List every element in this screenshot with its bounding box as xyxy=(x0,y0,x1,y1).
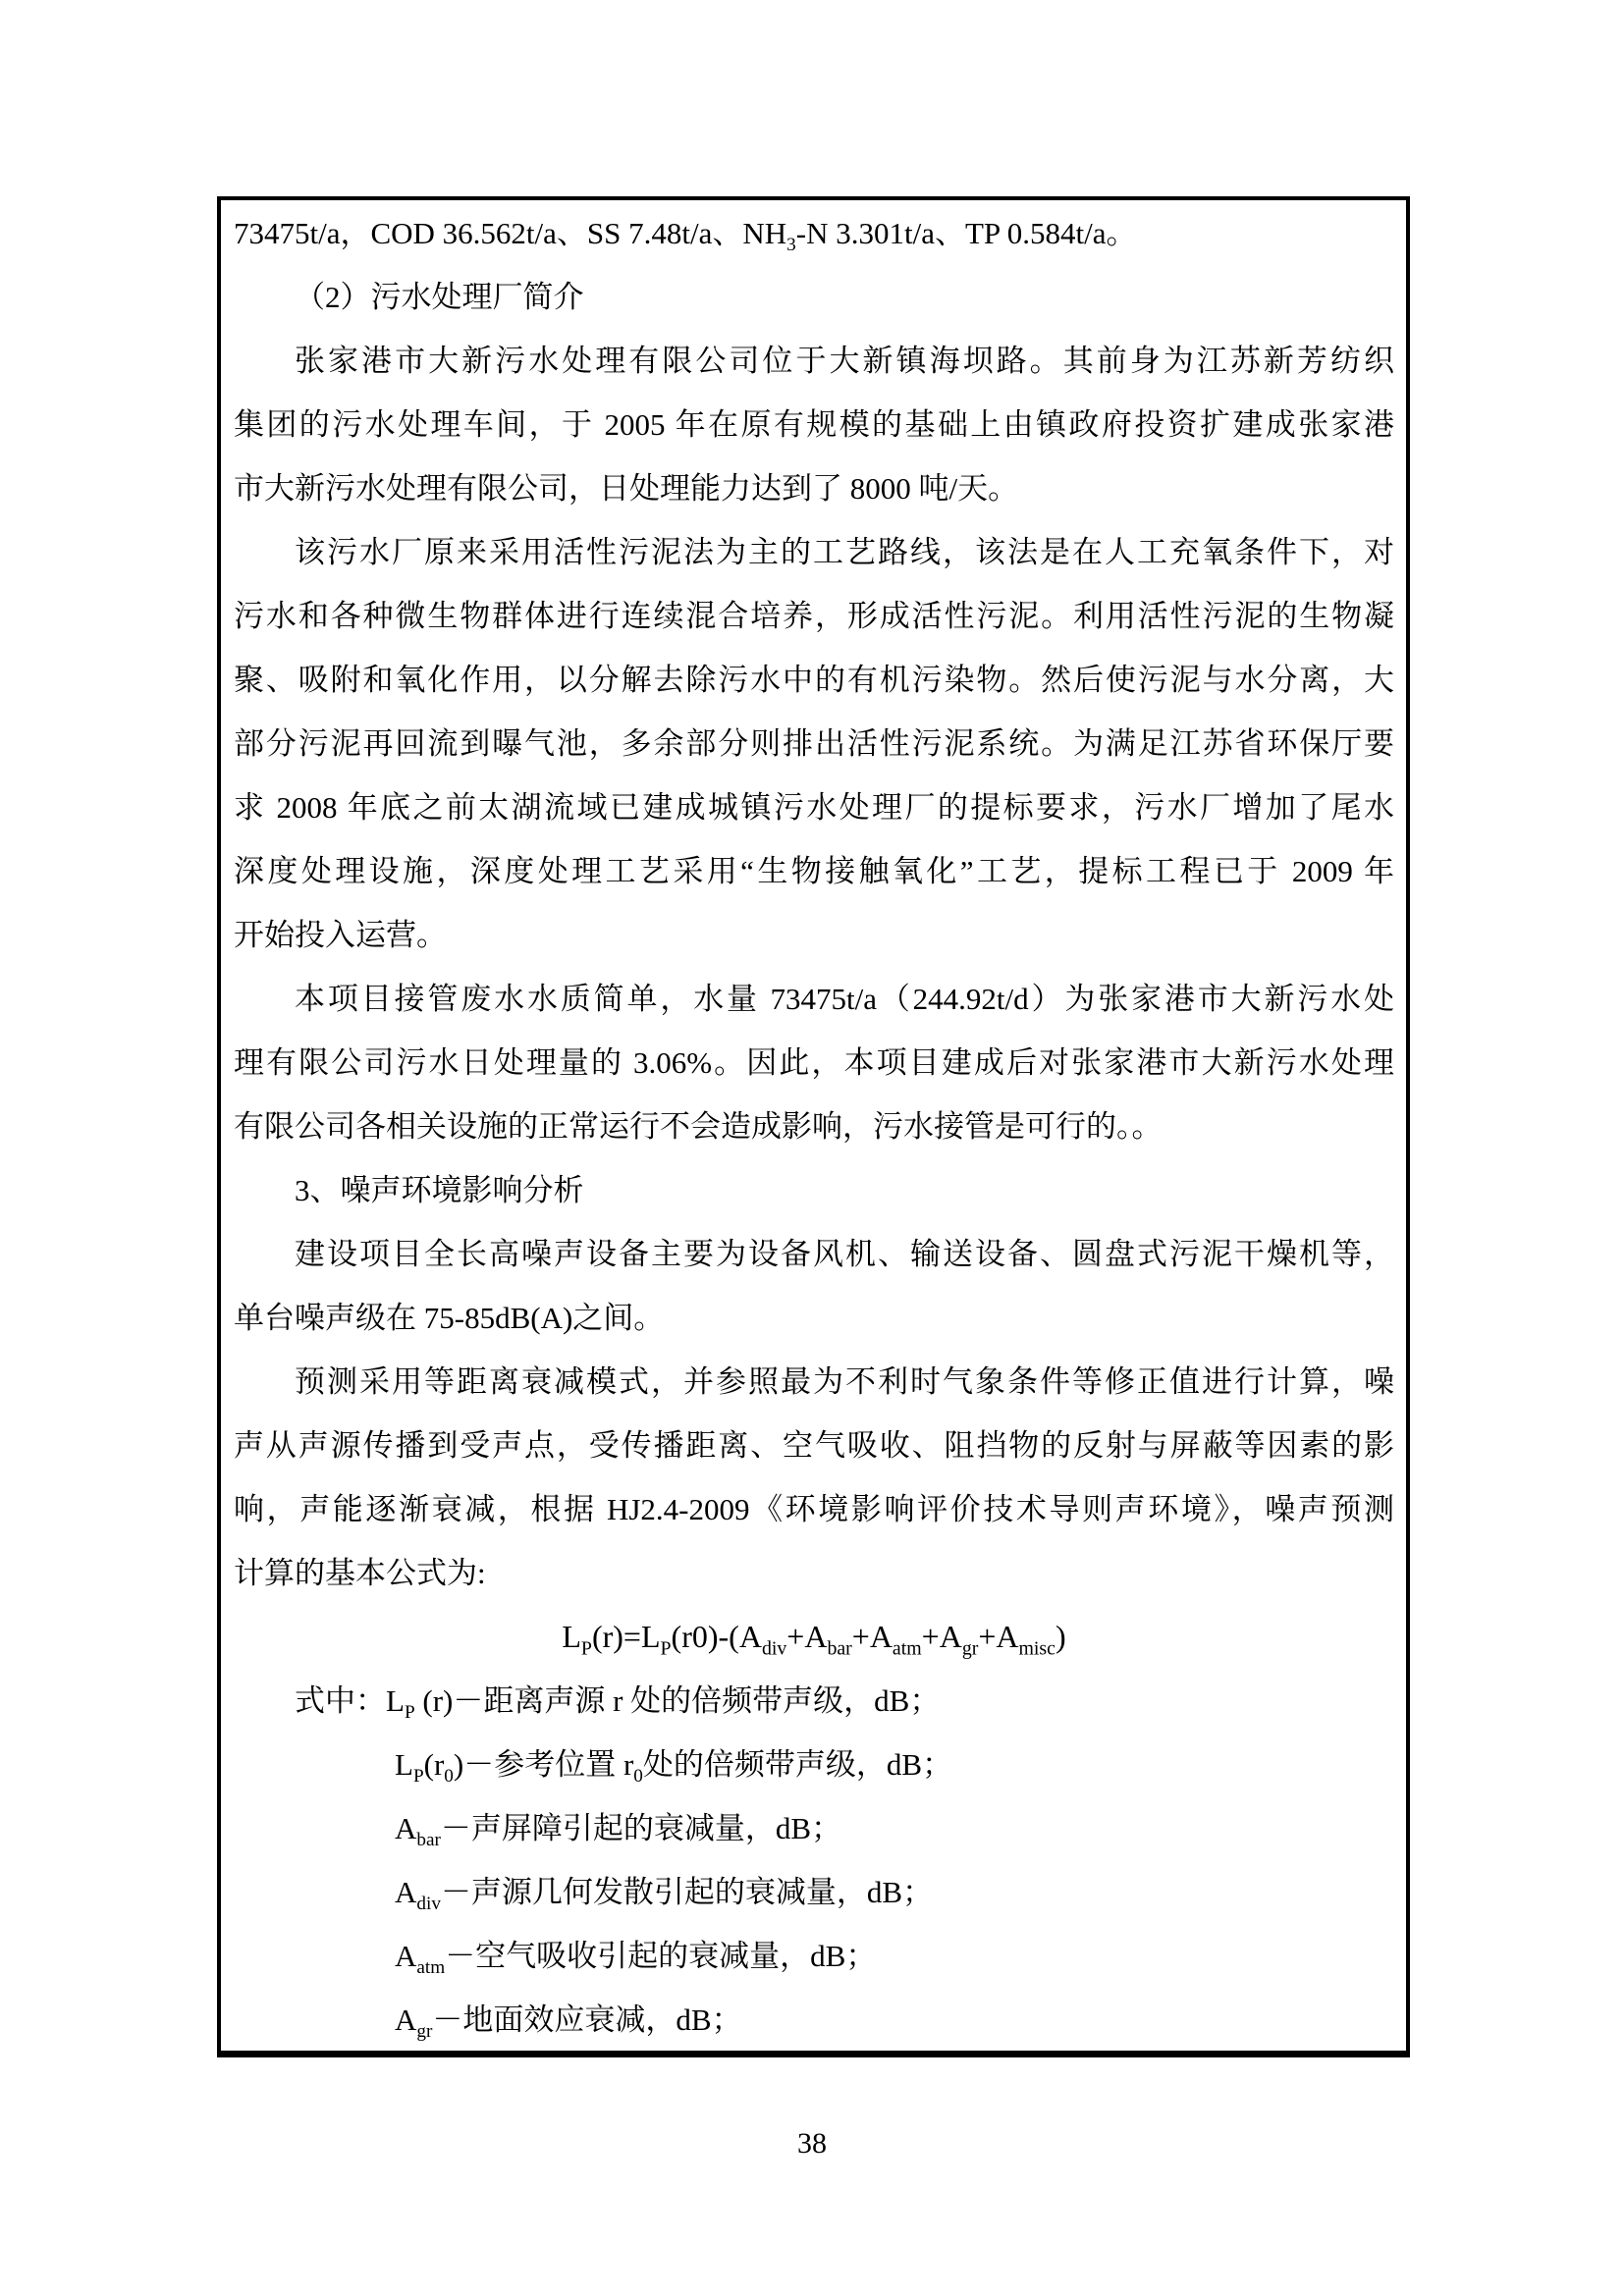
noise-formula: LP(r)=LP(r0)-(Adiv+Abar+Aatm+Agr+Amisc) xyxy=(234,1605,1394,1669)
text-line: 深度处理设施，深度处理工艺采用“生物接触氧化”工艺，提标工程已于 2009 年 xyxy=(234,839,1394,903)
page-number: 38 xyxy=(0,2127,1624,2161)
content-box: 73475t/a，COD 36.562t/a、SS 7.48t/a、NH3-N … xyxy=(217,196,1410,2057)
text-line: 计算的基本公式为: xyxy=(234,1541,1394,1605)
text-line: 建设项目全长高噪声设备主要为设备风机、输送设备、圆盘式污泥干燥机等， xyxy=(234,1222,1394,1286)
text-line: 部分污泥再回流到曝气池，多余部分则排出活性污泥系统。为满足江苏省环保厅要 xyxy=(234,712,1394,775)
text-line: 该污水厂原来采用活性污泥法为主的工艺路线，该法是在人工充氧条件下，对 xyxy=(234,520,1394,584)
text-line: 市大新污水处理有限公司，日处理能力达到了 8000 吨/天。 xyxy=(234,456,1394,520)
text-line: 本项目接管废水水质简单，水量 73475t/a（244.92t/d）为张家港市大… xyxy=(234,967,1394,1031)
text-line: 单台噪声级在 75-85dB(A)之间。 xyxy=(234,1286,1394,1350)
formula-term-definition: Agr－地面效应衰减，dB； xyxy=(234,1988,1394,2052)
text-line: 聚、吸附和氧化作用，以分解去除污水中的有机污染物。然后使污泥与水分离，大 xyxy=(234,648,1394,712)
text-line: 响，声能逐渐衰减，根据 HJ2.4-2009《环境影响评价技术导则声环境》，噪声… xyxy=(234,1477,1394,1541)
text-line: 理有限公司污水日处理量的 3.06%。因此，本项目建成后对张家港市大新污水处理 xyxy=(234,1031,1394,1095)
text-line: 声从声源传播到受声点，受传播距离、空气吸收、阻挡物的反射与屏蔽等因素的影 xyxy=(234,1414,1394,1477)
text-line: 张家港市大新污水处理有限公司位于大新镇海坝路。其前身为江苏新芳纺织 xyxy=(234,329,1394,393)
formula-term-definition: Abar－声屏障引起的衰减量，dB； xyxy=(234,1796,1394,1860)
text-line: 预测采用等距离衰减模式，并参照最为不利时气象条件等修正值进行计算，噪 xyxy=(234,1350,1394,1414)
formula-term-definition: LP(r0)－参考位置 r0处的倍频带声级，dB； xyxy=(234,1733,1394,1796)
section-3-heading: 3、噪声环境影响分析 xyxy=(234,1158,1394,1222)
text-line: 有限公司各相关设施的正常运行不会造成影响，污水接管是可行的。。 xyxy=(234,1095,1394,1158)
text-line: 开始投入运营。 xyxy=(234,903,1394,967)
formula-term-definition: 式中：LP (r)－距离声源 r 处的倍频带声级，dB； xyxy=(234,1669,1394,1733)
formula-term-definition: Adiv－声源几何发散引起的衰减量，dB； xyxy=(234,1860,1394,1924)
document-page: 73475t/a，COD 36.562t/a、SS 7.48t/a、NH3-N … xyxy=(0,0,1624,2296)
section-2-heading: （2）污水处理厂简介 xyxy=(234,265,1394,329)
formula-term-definition: Aatm－空气吸收引起的衰减量，dB； xyxy=(234,1924,1394,1988)
text-line: 求 2008 年底之前太湖流域已建成城镇污水处理厂的提标要求，污水厂增加了尾水 xyxy=(234,775,1394,839)
text-line: 73475t/a，COD 36.562t/a、SS 7.48t/a、NH3-N … xyxy=(234,201,1394,265)
text-line: 集团的污水处理车间，于 2005 年在原有规模的基础上由镇政府投资扩建成张家港 xyxy=(234,393,1394,456)
text-line: 污水和各种微生物群体进行连续混合培养，形成活性污泥。利用活性污泥的生物凝 xyxy=(234,584,1394,648)
